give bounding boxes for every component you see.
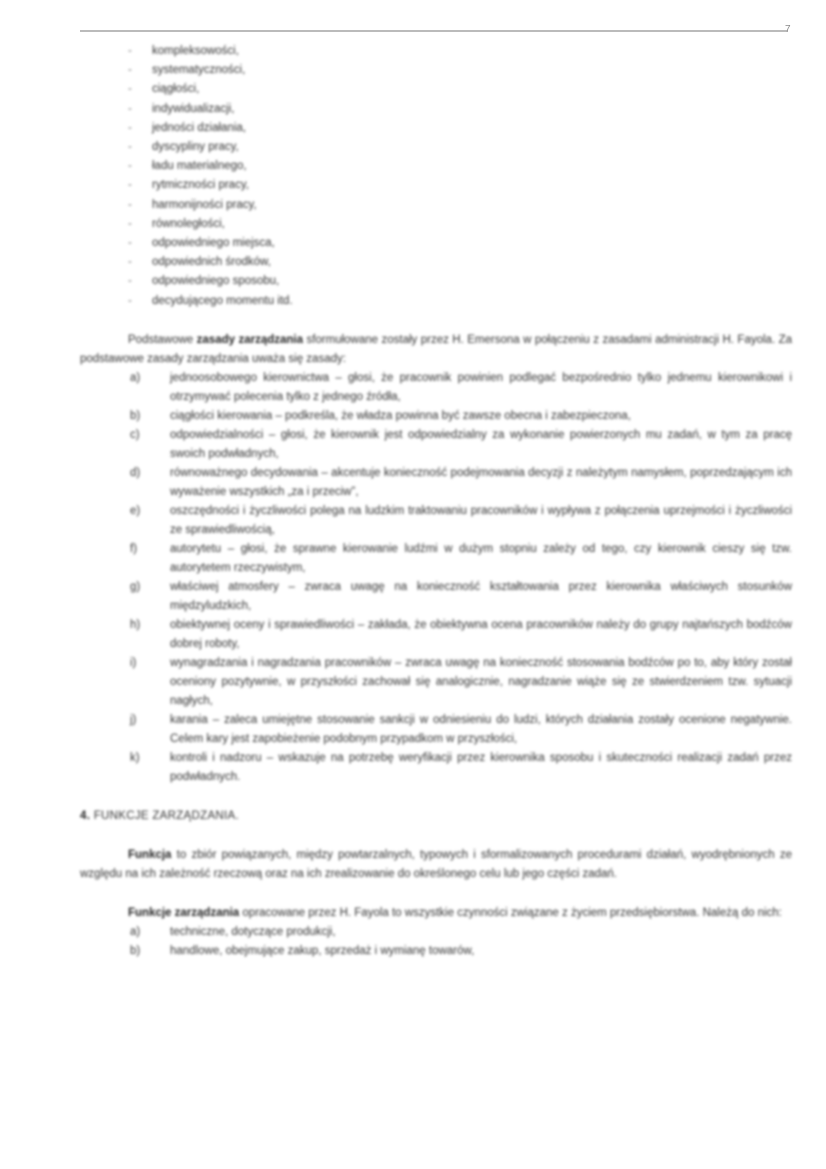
list-item: i)wynagradzania i nagradzania pracownikó… — [130, 654, 792, 711]
list-item: ciągłości, — [128, 80, 792, 99]
list-marker: a) — [130, 369, 140, 388]
list-item: kompleksowości, — [128, 42, 792, 61]
mgmt-function-term: Funkcje zarządzania — [128, 907, 239, 919]
functions-list: a)techniczne, dotyczące produkcji,b)hand… — [80, 923, 792, 961]
list-marker: i) — [130, 654, 136, 673]
function-text: to zbiór powiązanych, między powtarzalny… — [80, 849, 792, 880]
rules-intro-pre: Podstawowe — [128, 334, 197, 346]
list-item: g)właściwej atmosfery – zwraca uwagę na … — [130, 578, 792, 616]
list-item: dyscypliny pracy, — [128, 138, 792, 157]
list-marker: b) — [130, 407, 140, 426]
list-item: d)równoważnego decydowania – akcentuje k… — [130, 464, 792, 502]
list-item: j)karania – zaleca umiejętne stosowanie … — [130, 711, 792, 749]
list-marker: h) — [130, 616, 140, 635]
list-marker: g) — [130, 578, 140, 597]
list-item: jedności działania, — [128, 119, 792, 138]
list-item: równoległości, — [128, 215, 792, 234]
function-definition: Funkcja to zbiór powiązanych, między pow… — [80, 846, 792, 884]
list-marker: e) — [130, 502, 140, 521]
mgmt-function-paragraph: Funkcje zarządzania opracowane przez H. … — [80, 904, 792, 923]
mgmt-function-text: opracowane przez H. Fayola to wszystkie … — [239, 907, 782, 919]
principles-list: kompleksowości,systematyczności,ciągłośc… — [80, 42, 792, 311]
list-text: obiektywnej oceny i sprawiedliwości – za… — [170, 619, 792, 650]
list-item: a)techniczne, dotyczące produkcji, — [130, 923, 792, 942]
rules-intro-bold: zasady zarządzania — [197, 334, 303, 346]
list-item: odpowiedniego sposobu, — [128, 272, 792, 291]
list-text: autorytetu – głosi, że sprawne kierowani… — [170, 543, 792, 574]
list-item: f)autorytetu – głosi, że sprawne kierowa… — [130, 540, 792, 578]
list-marker: d) — [130, 464, 140, 483]
section-title: FUNKCJE ZARZĄDZANIA. — [94, 810, 239, 822]
section-heading: 4. FUNKCJE ZARZĄDZANIA. — [80, 807, 792, 826]
list-marker: b) — [130, 942, 140, 961]
list-item: indywidualizacji, — [128, 100, 792, 119]
rules-intro-paragraph: Podstawowe zasady zarządzania sformułowa… — [80, 331, 792, 369]
list-text: równoważnego decydowania – akcentuje kon… — [170, 467, 792, 498]
rules-list: a)jednoosobowego kierownictwa – głosi, ż… — [80, 369, 792, 787]
list-item: ładu materialnego, — [128, 157, 792, 176]
list-marker: k) — [130, 749, 140, 768]
list-text: jednoosobowego kierownictwa – głosi, że … — [170, 372, 792, 403]
list-item: rytmiczności pracy, — [128, 176, 792, 195]
list-text: ciągłości kierowania – podkreśla, że wła… — [170, 410, 631, 422]
list-item: h)obiektywnej oceny i sprawiedliwości – … — [130, 616, 792, 654]
list-item: c)odpowiedzialności – głosi, że kierowni… — [130, 426, 792, 464]
list-marker: c) — [130, 426, 140, 445]
list-text: kontroli i nadzoru – wskazuje na potrzeb… — [170, 752, 792, 783]
list-text: techniczne, dotyczące produkcji, — [170, 926, 336, 938]
list-item: odpowiedniego miejsca, — [128, 234, 792, 253]
list-item: odpowiednich środków, — [128, 253, 792, 272]
list-item: k)kontroli i nadzoru – wskazuje na potrz… — [130, 749, 792, 787]
list-text: karania – zaleca umiejętne stosowanie sa… — [170, 714, 792, 745]
list-text: oszczędności i życzliwości polega na lud… — [170, 505, 792, 536]
list-item: b)ciągłości kierowania – podkreśla, że w… — [130, 407, 792, 426]
list-text: handlowe, obejmujące zakup, sprzedaż i w… — [170, 945, 474, 957]
document-body: kompleksowości,systematyczności,ciągłośc… — [80, 42, 792, 961]
page-number: 7 — [785, 24, 791, 35]
list-text: wynagradzania i nagradzania pracowników … — [170, 657, 792, 707]
list-marker: j) — [130, 711, 136, 730]
function-term: Funkcja — [128, 849, 171, 861]
list-text: właściwej atmosfery – zwraca uwagę na ko… — [170, 581, 792, 612]
list-marker: a) — [130, 923, 140, 942]
list-item: harmonijności pracy, — [128, 196, 792, 215]
list-item: a)jednoosobowego kierownictwa – głosi, ż… — [130, 369, 792, 407]
header-rule — [80, 30, 787, 32]
list-item: e)oszczędności i życzliwości polega na l… — [130, 502, 792, 540]
list-item: decydującego momentu itd. — [128, 292, 792, 311]
list-item: b)handlowe, obejmujące zakup, sprzedaż i… — [130, 942, 792, 961]
list-text: odpowiedzialności – głosi, że kierownik … — [170, 429, 792, 460]
list-item: systematyczności, — [128, 61, 792, 80]
list-marker: f) — [130, 540, 137, 559]
section-number: 4. — [80, 810, 90, 822]
